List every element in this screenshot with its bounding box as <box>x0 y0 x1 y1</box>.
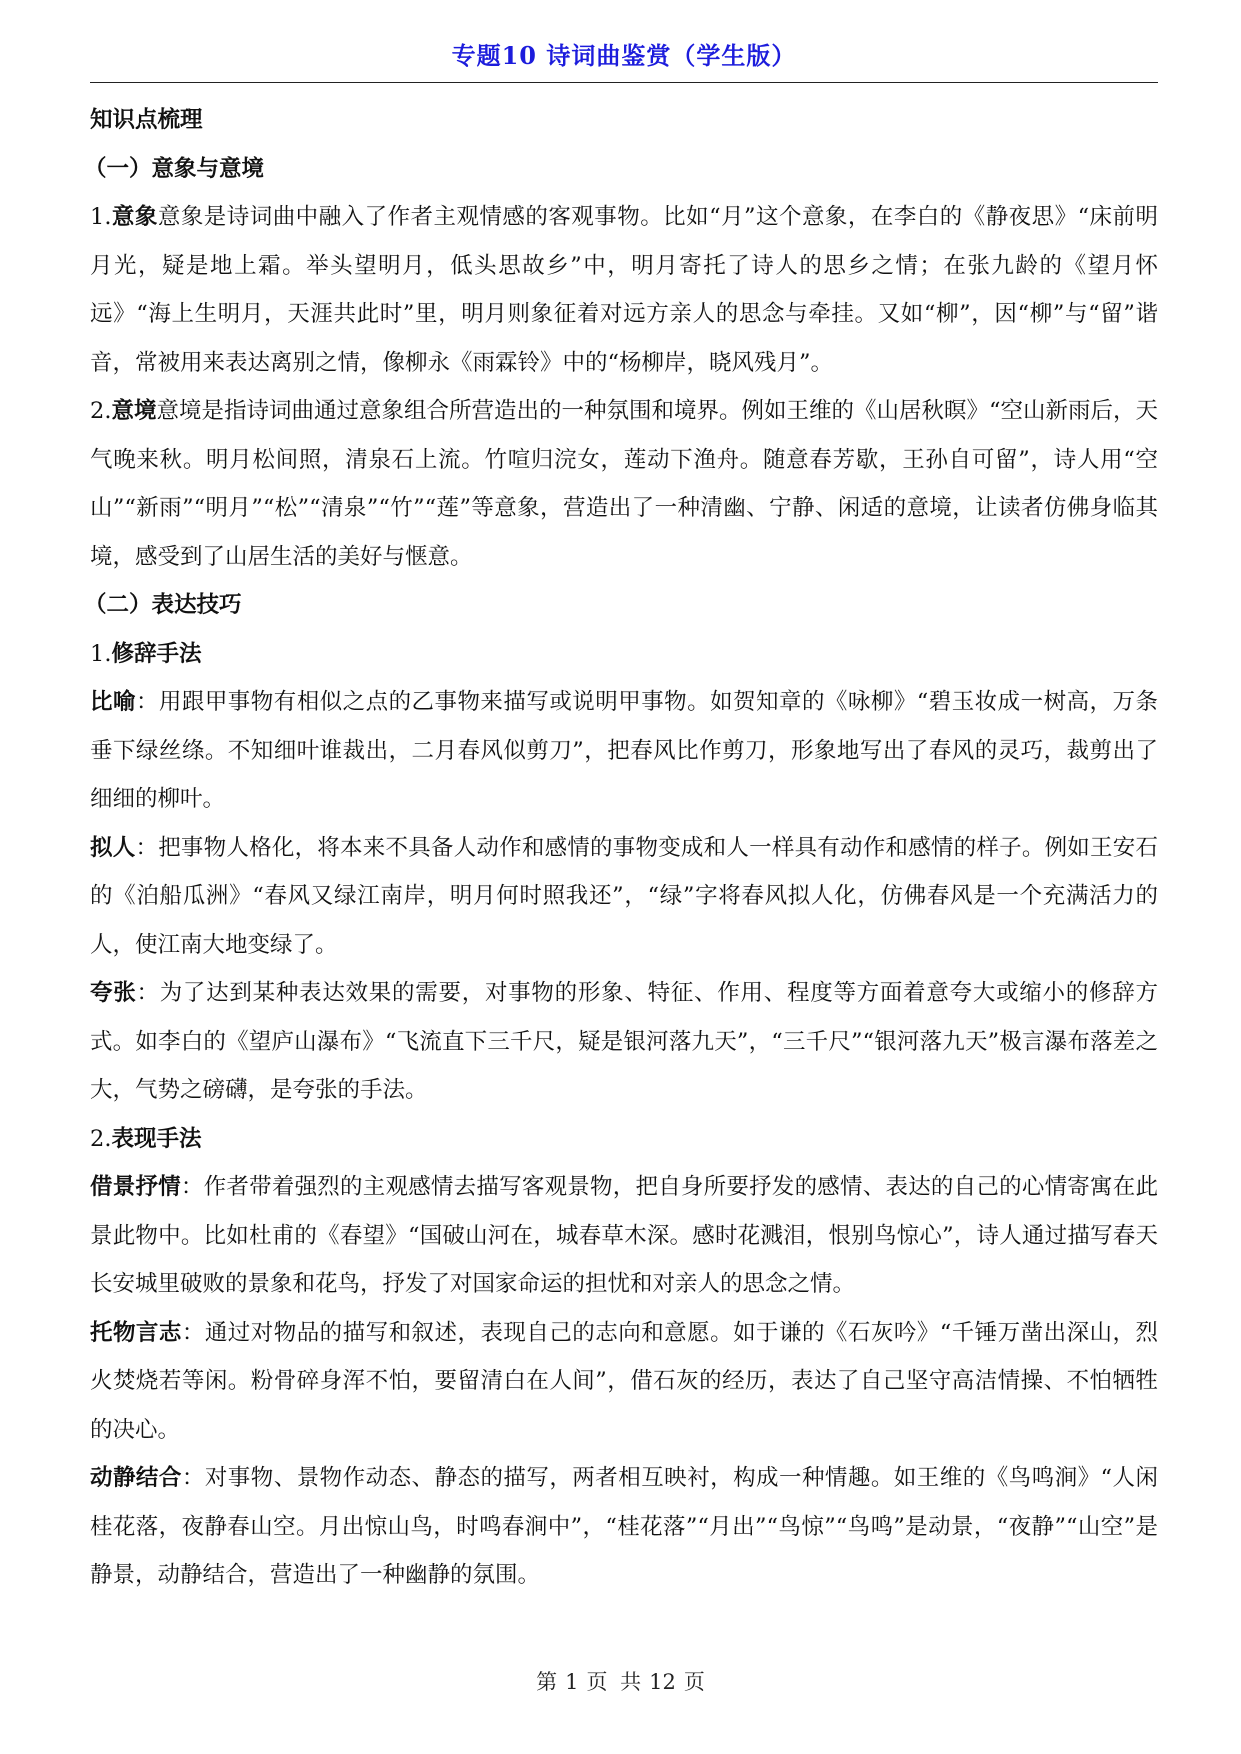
object-aspiration-text: 通过对物品的描写和叙述，表现自己的志向和意愿。如于谦的《石灰吟》“千锤万凿出深山… <box>90 1320 1158 1443</box>
term-scene-emotion: 借景抒情 <box>90 1174 181 1200</box>
subsection-title-rhetoric: 修辞手法 <box>111 641 201 667</box>
term-artistic-conception: 意境 <box>111 398 156 424</box>
term-imagery: 意象 <box>111 204 157 230</box>
section-heading-techniques: （二）表达技巧 <box>84 581 1158 630</box>
item-number: 1. <box>90 204 111 230</box>
page-footer: 第1页 共12页 <box>0 1666 1241 1696</box>
artistic-conception-text: 意境是指诗词曲通过意象组合所营造出的一种氛围和境界。例如王维的《山居秋暝》“空山… <box>90 398 1158 570</box>
term-personification: 拟人 <box>90 835 135 861</box>
colon: ： <box>182 1465 205 1491</box>
item-number: 2. <box>90 398 111 424</box>
hyperbole-text: 为了达到某种表达效果的需要，对事物的形象、特征、作用、程度等方面着意夸大或缩小的… <box>90 980 1158 1103</box>
paragraph-imagery: 1.意象意象是诗词曲中融入了作者主观情感的客观事物。比如“月”这个意象，在李白的… <box>90 193 1158 387</box>
colon: ： <box>136 980 159 1006</box>
total-pages: 12 <box>649 1670 676 1694</box>
motion-stillness-text: 对事物、景物作动态、静态的描写，两者相互映衬，构成一种情趣。如王维的《鸟鸣涧》“… <box>90 1465 1158 1588</box>
term-metaphor: 比喻 <box>90 689 136 715</box>
item-number: 1. <box>90 641 111 667</box>
metaphor-text: 用跟甲事物有相似之点的乙事物来描写或说明甲事物。如贺知章的《咏柳》“碧玉妆成一树… <box>90 689 1158 812</box>
paragraph-scene-emotion: 借景抒情：作者带着强烈的主观感情去描写客观景物，把自身所要抒发的感情、表达的自己… <box>90 1163 1158 1309</box>
paragraph-artistic-conception: 2.意境意境是指诗词曲通过意象组合所营造出的一种氛围和境界。例如王维的《山居秋暝… <box>90 387 1158 581</box>
colon: ： <box>181 1174 204 1200</box>
main-heading: 知识点梳理 <box>90 96 1158 145</box>
imagery-text: 意象是诗词曲中融入了作者主观情感的客观事物。比如“月”这个意象，在李白的《静夜思… <box>90 204 1158 376</box>
current-page-number: 1 <box>565 1670 578 1694</box>
paragraph-metaphor: 比喻：用跟甲事物有相似之点的乙事物来描写或说明甲事物。如贺知章的《咏柳》“碧玉妆… <box>90 678 1158 824</box>
personification-text: 把事物人格化，将本来不具备人动作和感情的事物变成和人一样具有动作和感情的样子。例… <box>90 835 1158 958</box>
paragraph-object-aspiration: 托物言志：通过对物品的描写和叙述，表现自己的志向和意愿。如于谦的《石灰吟》“千锤… <box>90 1309 1158 1455</box>
colon: ： <box>136 689 159 715</box>
header-divider <box>90 82 1158 83</box>
colon: ： <box>182 1320 205 1346</box>
page-title: 专题10 诗词曲鉴赏（学生版） <box>90 36 1158 71</box>
subsection-expression: 2.表现手法 <box>90 1115 1158 1164</box>
scene-emotion-text: 作者带着强烈的主观感情去描写客观景物，把自身所要抒发的感情、表达的自己的心情寄寓… <box>90 1174 1158 1297</box>
paragraph-personification: 拟人：把事物人格化，将本来不具备人动作和感情的事物变成和人一样具有动作和感情的样… <box>90 824 1158 970</box>
document-body: 知识点梳理 （一）意象与意境 1.意象意象是诗词曲中融入了作者主观情感的客观事物… <box>90 96 1158 1600</box>
paragraph-hyperbole: 夸张：为了达到某种表达效果的需要，对事物的形象、特征、作用、程度等方面着意夸大或… <box>90 969 1158 1115</box>
colon: ： <box>135 835 158 861</box>
section-heading-imagery: （一）意象与意境 <box>84 145 1158 194</box>
footer-suffix: 页 <box>684 1670 705 1694</box>
term-hyperbole: 夸张 <box>90 980 136 1006</box>
subsection-title-expression: 表现手法 <box>111 1126 201 1152</box>
item-number: 2. <box>90 1126 111 1152</box>
term-object-aspiration: 托物言志 <box>90 1320 182 1346</box>
term-motion-stillness: 动静结合 <box>90 1465 182 1491</box>
subsection-rhetoric: 1.修辞手法 <box>90 630 1158 679</box>
paragraph-motion-stillness: 动静结合：对事物、景物作动态、静态的描写，两者相互映衬，构成一种情趣。如王维的《… <box>90 1454 1158 1600</box>
footer-middle: 页 共 <box>586 1670 641 1694</box>
footer-prefix: 第 <box>536 1670 557 1694</box>
